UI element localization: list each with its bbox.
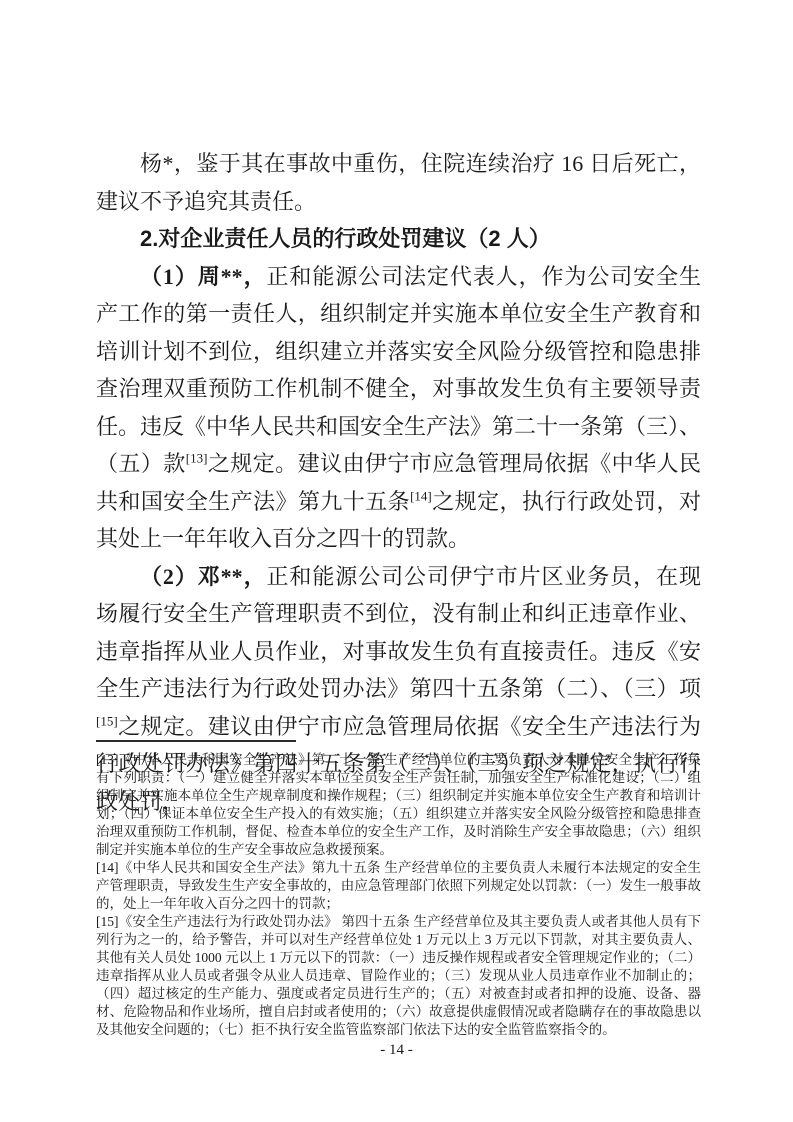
footnote-13-marker: [13] [96, 752, 119, 767]
document-body: 杨*，鉴于其在事故中重伤，住院连续治疗 16 日后死亡，建议不予追究其责任。 2… [96, 145, 701, 820]
section-heading: 2.对企业责任人员的行政处罚建议（2 人） [96, 220, 701, 258]
footnote-14: [14]《中华人民共和国安全生产法》第九十五条 生产经营单位的主要负责人未履行本… [96, 859, 701, 913]
paragraph-intro: 杨*，鉴于其在事故中重伤，住院连续治疗 16 日后死亡，建议不予追究其责任。 [96, 145, 701, 220]
paragraph-item-1: （1）周**，正和能源公司法定代表人，作为公司安全生产工作的第一责任人，组织制定… [96, 258, 701, 558]
item-1-text-1: 正和能源公司法定代表人，作为公司安全生产工作的第一责任人，组织制定并实施本单位安… [96, 264, 701, 477]
footnote-15-marker: [15] [96, 914, 119, 929]
item-2-name: （2）邓**， [140, 564, 267, 589]
footnote-15-text: 《安全生产违法行为行政处罚办法》 第四十五条 生产经营单位及其主要负责人或者其他… [96, 914, 701, 1037]
footnote-ref-13: [13] [186, 451, 208, 466]
footnote-ref-15: [15] [96, 713, 118, 728]
footnote-13-text: 《中华人民共和国安全生产法》第二十一条 生产经营单位的主要负责人对本单位安全生产… [96, 752, 701, 857]
page-number: - 14 - [0, 1042, 793, 1059]
footnote-14-text: 《中华人民共和国安全生产法》第九十五条 生产经营单位的主要负责人未履行本法规定的… [96, 860, 701, 911]
footnote-15: [15]《安全生产违法行为行政处罚办法》 第四十五条 生产经营单位及其主要负责人… [96, 913, 701, 1039]
footnote-13: [13]《中华人民共和国安全生产法》第二十一条 生产经营单位的主要负责人对本单位… [96, 751, 701, 859]
footnote-section: [13]《中华人民共和国安全生产法》第二十一条 生产经营单位的主要负责人对本单位… [96, 740, 701, 1039]
footnote-14-marker: [14] [96, 860, 119, 875]
footnote-separator [96, 740, 296, 742]
document-page: 杨*，鉴于其在事故中重伤，住院连续治疗 16 日后死亡，建议不予追究其责任。 2… [0, 0, 793, 1122]
footnote-ref-14: [14] [410, 488, 432, 503]
item-1-name: （1）周**， [140, 264, 267, 289]
